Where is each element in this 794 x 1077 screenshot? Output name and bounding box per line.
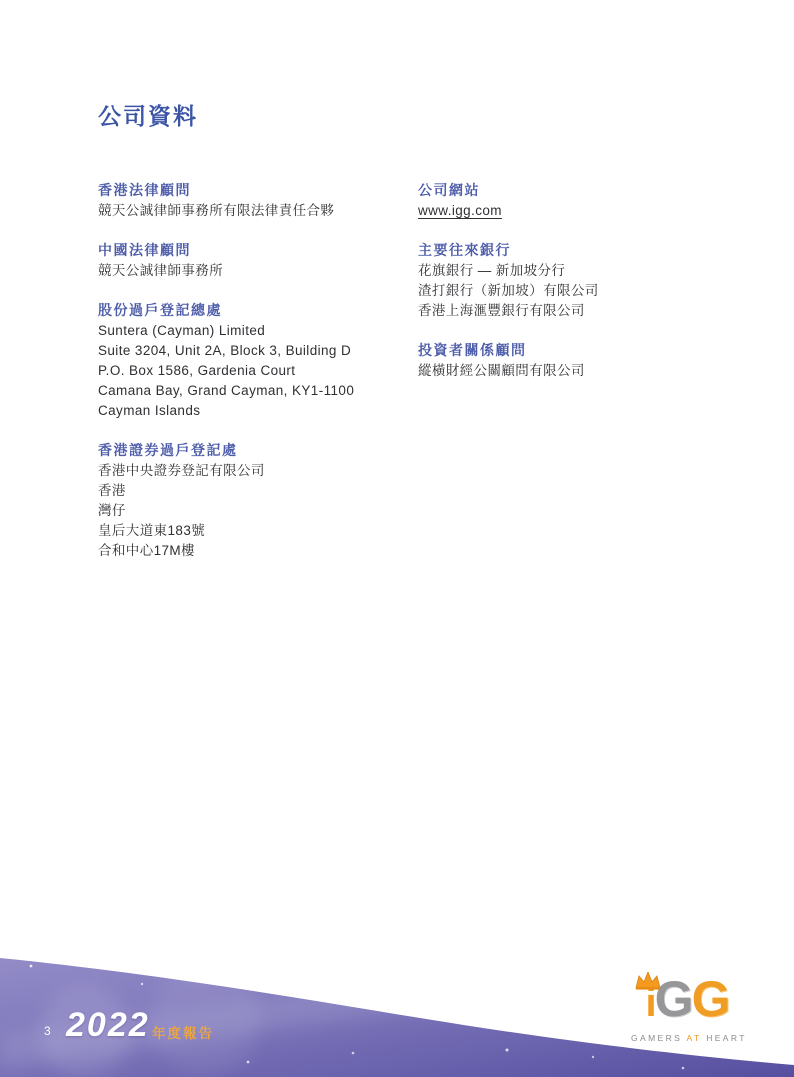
section-line: 香港 bbox=[98, 481, 418, 501]
content-columns: 香港法律顧問競天公誠律師事務所有限法律責任合夥中國法律顧問競天公誠律師事務所股份… bbox=[98, 179, 718, 579]
company-logo: iGG GAMERS AT HEART bbox=[631, 970, 743, 1043]
section-heading: 主要往來銀行 bbox=[418, 239, 718, 261]
footer-report-label: 年度報告 bbox=[152, 1022, 214, 1042]
info-section: 公司網站www.igg.com bbox=[418, 179, 718, 221]
section-line: 縱橫財經公關顧問有限公司 bbox=[418, 361, 718, 381]
section-line: Suntera (Cayman) Limited bbox=[98, 321, 418, 341]
page-number: 3 bbox=[44, 1024, 51, 1038]
info-section: 香港證券過戶登記處香港中央證券登記有限公司香港灣仔皇后大道東183號合和中心17… bbox=[98, 439, 418, 561]
tagline-at: AT bbox=[687, 1033, 702, 1043]
section-line: 競天公誠律師事務所有限法律責任合夥 bbox=[98, 201, 418, 221]
section-line: P.O. Box 1586, Gardenia Court bbox=[98, 361, 418, 381]
page-title: 公司資料 bbox=[98, 98, 198, 131]
section-line: Camana Bay, Grand Cayman, KY1-1100 bbox=[98, 381, 418, 401]
page: 公司資料 香港法律顧問競天公誠律師事務所有限法律責任合夥中國法律顧問競天公誠律師… bbox=[0, 0, 794, 1077]
section-heading: 股份過戶登記總處 bbox=[98, 299, 418, 321]
info-section: 股份過戶登記總處Suntera (Cayman) LimitedSuite 32… bbox=[98, 299, 418, 421]
section-line: 渣打銀行（新加坡）有限公司 bbox=[418, 281, 718, 301]
section-heading: 中國法律顧問 bbox=[98, 239, 418, 261]
section-line: 皇后大道東183號 bbox=[98, 521, 418, 541]
tagline-heart: HEART bbox=[706, 1033, 747, 1043]
left-column: 香港法律顧問競天公誠律師事務所有限法律責任合夥中國法律顧問競天公誠律師事務所股份… bbox=[98, 179, 418, 579]
info-section: 主要往來銀行花旗銀行 — 新加坡分行渣打銀行（新加坡）有限公司香港上海滙豐銀行有… bbox=[418, 239, 718, 321]
section-line: Cayman Islands bbox=[98, 401, 418, 421]
info-section: 中國法律顧問競天公誠律師事務所 bbox=[98, 239, 418, 281]
section-line: 競天公誠律師事務所 bbox=[98, 261, 418, 281]
section-line: 香港上海滙豐銀行有限公司 bbox=[418, 301, 718, 321]
section-line: 合和中心17M樓 bbox=[98, 541, 418, 561]
right-column: 公司網站www.igg.com主要往來銀行花旗銀行 — 新加坡分行渣打銀行（新加… bbox=[418, 179, 718, 579]
info-section: 香港法律顧問競天公誠律師事務所有限法律責任合夥 bbox=[98, 179, 418, 221]
section-line: 灣仔 bbox=[98, 501, 418, 521]
section-heading: 香港證券過戶登記處 bbox=[98, 439, 418, 461]
section-heading: 投資者關係顧問 bbox=[418, 339, 718, 361]
section-line: 香港中央證券登記有限公司 bbox=[98, 461, 418, 481]
info-section: 投資者關係顧問縱橫財經公關顧問有限公司 bbox=[418, 339, 718, 381]
website-link[interactable]: www.igg.com bbox=[418, 201, 718, 221]
section-heading: 公司網站 bbox=[418, 179, 718, 201]
crown-icon bbox=[635, 972, 661, 990]
tagline-gamers: GAMERS bbox=[631, 1033, 682, 1043]
section-line: 花旗銀行 — 新加坡分行 bbox=[418, 261, 718, 281]
section-heading: 香港法律顧問 bbox=[98, 179, 418, 201]
logo-letter-g2: G bbox=[692, 971, 729, 1027]
logo-tagline: GAMERS AT HEART bbox=[631, 1033, 743, 1043]
footer-year: 2022 bbox=[66, 1006, 150, 1045]
section-line: Suite 3204, Unit 2A, Block 3, Building D bbox=[98, 341, 418, 361]
